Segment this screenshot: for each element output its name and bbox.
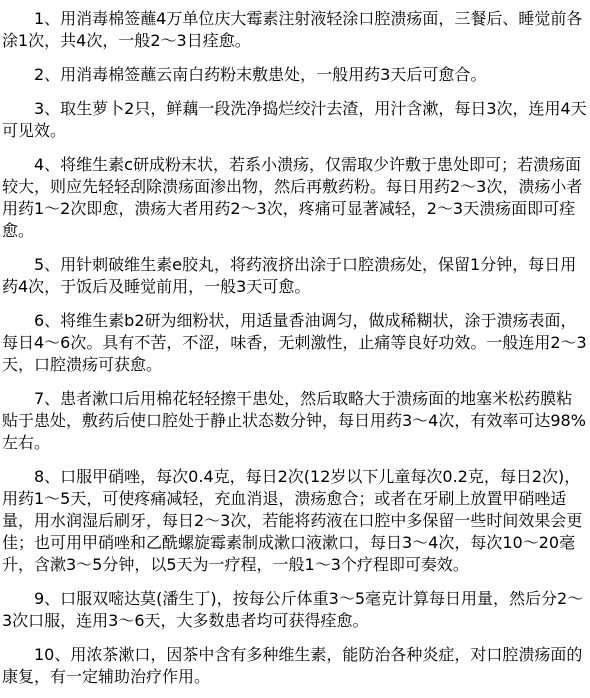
remedy-paragraph-2: 2、用消毒棉签蘸云南白药粉末敷患处，一般用药3天后可愈合。 xyxy=(2,64,588,86)
remedy-paragraph-9: 9、口服双嘧达莫(潘生丁)，按每公斤体重3～5毫克计算每日用量，然后分2～3次口… xyxy=(2,588,588,632)
remedy-list-document: 1、用消毒棉签蘸4万单位庆大霉素注射液轻涂口腔溃疡面，三餐后、睡觉前各涂1次，共… xyxy=(0,0,590,698)
remedy-paragraph-4: 4、将维生素c研成粉末状，若系小溃疡，仅需取少许敷于患处即可；若溃疡面较大，则应… xyxy=(2,154,588,242)
remedy-paragraph-8: 8、口服甲硝唑，每次0.4克，每日2次(12岁以下儿童每次0.2克，每日2次)，… xyxy=(2,466,588,576)
remedy-paragraph-7: 7、患者漱口后用棉花轻轻擦干患处，然后取略大于溃疡面的地塞米松药膜粘贴于患处，敷… xyxy=(2,388,588,454)
remedy-paragraph-6: 6、将维生素b2研为细粉状，用适量香油调匀，做成稀糊状，涂于溃疡表面，每日4～6… xyxy=(2,310,588,376)
remedy-paragraph-10: 10、用浓茶漱口，因茶中含有多种维生素，能防治各种炎症，对口腔溃疡面的康复，有一… xyxy=(2,644,588,688)
remedy-paragraph-5: 5、用针刺破维生素e胶丸，将药液挤出涂于口腔溃疡处，保留1分钟，每日用药4次，于… xyxy=(2,254,588,298)
remedy-paragraph-1: 1、用消毒棉签蘸4万单位庆大霉素注射液轻涂口腔溃疡面，三餐后、睡觉前各涂1次，共… xyxy=(2,8,588,52)
remedy-paragraph-3: 3、取生萝卜2只，鲜藕一段洗净捣烂绞汁去渣，用汁含漱，每日3次，连用4天可见效。 xyxy=(2,98,588,142)
